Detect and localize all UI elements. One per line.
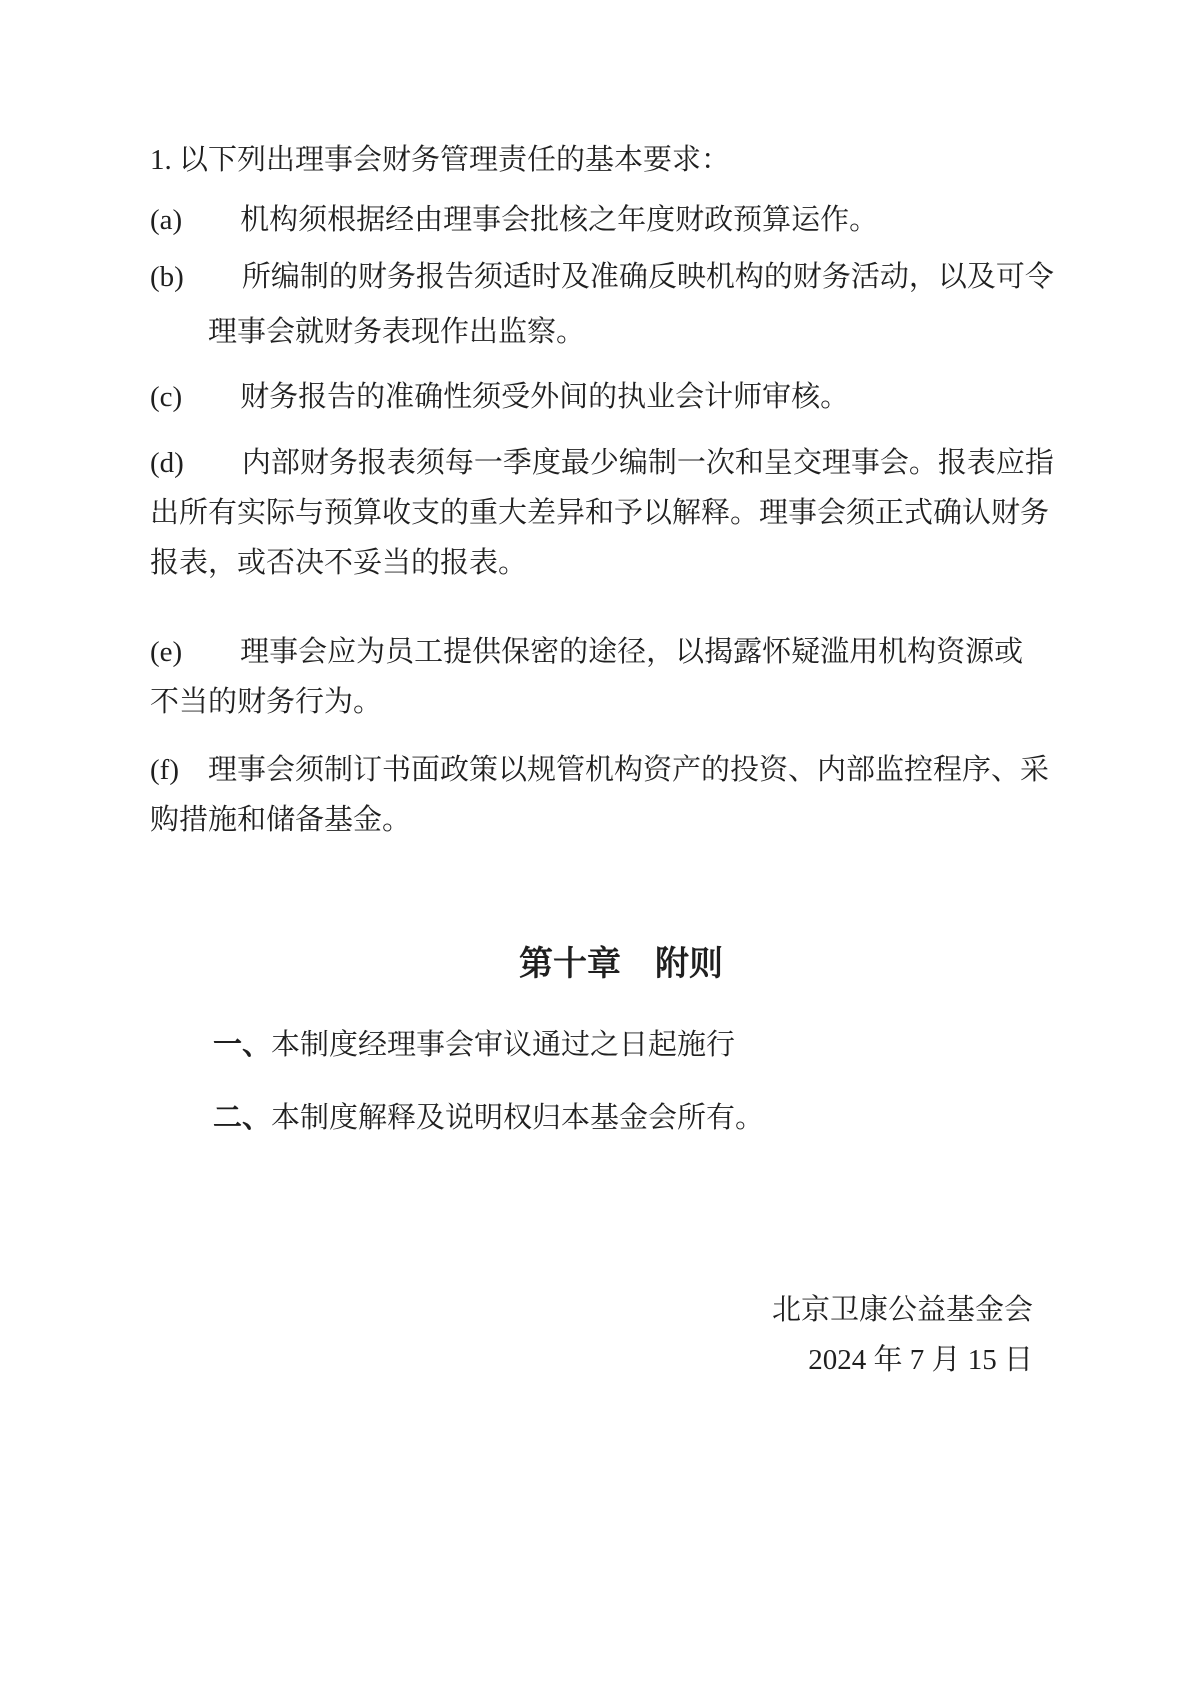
provision-2-number: 二、 — [213, 1102, 271, 1134]
paragraph-item-c: (c) 财务报告的准确性须受外间的执业会计师审核。 — [150, 372, 1075, 422]
paragraph-intro: 1. 以下列出理事会财务管理责任的基本要求： — [150, 135, 1075, 185]
signature-block: 北京卫康公益基金会 2024 年 7 月 15 日 — [772, 1285, 1033, 1385]
text-line: (f) 理事会须制订书面政策以规管机构资产的投资、内部监控程序、采 — [150, 745, 1075, 795]
text-line: 出所有实际与预算收支的重大差异和予以解释。理事会须正式确认财务 — [150, 488, 1075, 538]
chapter-heading: 第十章 附则 — [0, 940, 1190, 990]
provision-1-number: 一、 — [213, 1029, 271, 1061]
text-line: 不当的财务行为。 — [150, 677, 1075, 727]
text-line: (c) 财务报告的准确性须受外间的执业会计师审核。 — [150, 372, 1075, 422]
text-line: (a) 机构须根据经由理事会批核之年度财政预算运作。 — [150, 195, 1075, 245]
text-line: 1. 以下列出理事会财务管理责任的基本要求： — [150, 135, 1075, 185]
paragraph-item-f: (f) 理事会须制订书面政策以规管机构资产的投资、内部监控程序、采 购措施和储备… — [150, 745, 1075, 845]
provision-2: 二、本制度解释及说明权归本基金会所有。 — [213, 1093, 764, 1143]
text-line: 购措施和储备基金。 — [150, 795, 1075, 845]
signature-organization: 北京卫康公益基金会 — [772, 1285, 1033, 1335]
text-line: (b) 所编制的财务报告须适时及准确反映机构的财务活动，以及可令 — [150, 250, 1075, 305]
document-page: 1. 以下列出理事会财务管理责任的基本要求： (a) 机构须根据经由理事会批核之… — [0, 0, 1190, 1684]
text-line: (e) 理事会应为员工提供保密的途径，以揭露怀疑滥用机构资源或 — [150, 627, 1075, 677]
paragraph-item-b: (b) 所编制的财务报告须适时及准确反映机构的财务活动，以及可令 理事会就财务表… — [150, 250, 1075, 360]
signature-date: 2024 年 7 月 15 日 — [772, 1335, 1033, 1385]
paragraph-item-e: (e) 理事会应为员工提供保密的途径，以揭露怀疑滥用机构资源或 不当的财务行为。 — [150, 627, 1075, 727]
provision-1: 一、本制度经理事会审议通过之日起施行 — [213, 1020, 735, 1070]
text-line: 报表，或否决不妥当的报表。 — [150, 538, 1075, 588]
paragraph-item-a: (a) 机构须根据经由理事会批核之年度财政预算运作。 — [150, 195, 1075, 245]
text-line: 理事会就财务表现作出监察。 — [150, 305, 1075, 360]
provision-1-text: 本制度经理事会审议通过之日起施行 — [271, 1029, 735, 1061]
text-line: (d) 内部财务报表须每一季度最少编制一次和呈交理事会。报表应指 — [150, 438, 1075, 488]
provision-2-text: 本制度解释及说明权归本基金会所有。 — [271, 1102, 764, 1134]
paragraph-item-d: (d) 内部财务报表须每一季度最少编制一次和呈交理事会。报表应指 出所有实际与预… — [150, 438, 1075, 588]
